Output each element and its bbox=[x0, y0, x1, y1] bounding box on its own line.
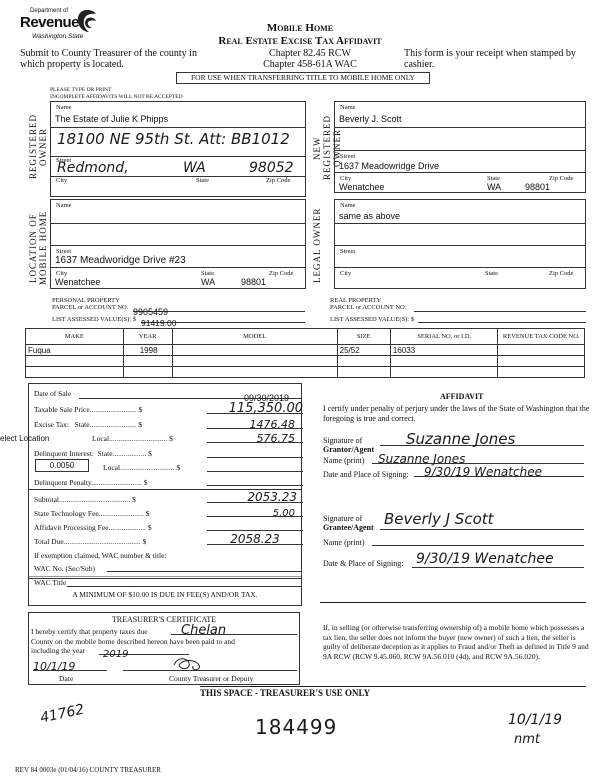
location-street[interactable]: 1637 Meadworidge Drive #23 bbox=[55, 255, 186, 266]
wac-no-field[interactable] bbox=[107, 562, 301, 572]
chapter-references: Chapter 82.45 RCW Chapter 458-61A WAC bbox=[250, 48, 370, 70]
certify-line3: including the year bbox=[31, 646, 85, 655]
col-size: SIZE bbox=[337, 329, 390, 345]
minimum-notice: A MINIMUM OF $10.00 IS DUE IN FEE(S) AND… bbox=[29, 590, 301, 599]
excise-local-label: Local............................... $ bbox=[92, 434, 173, 443]
delinquent-local-label: Local............................. $ bbox=[103, 463, 180, 472]
total-due-label: Total Due...............................… bbox=[34, 537, 146, 546]
taxable-price-label: Taxable Sale Price......................… bbox=[34, 405, 142, 414]
mobile-home-table: MAKE YEAR MODEL SIZE SERIAL NO. or I.D. … bbox=[25, 328, 585, 378]
chapter-wac: Chapter 458-61A WAC bbox=[250, 59, 370, 70]
new-owner-name[interactable]: Beverly J. Scott bbox=[339, 114, 402, 124]
taxable-price-value: 115,350.00 bbox=[229, 401, 303, 416]
delinquent-state-field[interactable] bbox=[207, 445, 303, 458]
legal-owner-street-row: Street bbox=[335, 246, 585, 268]
registered-owner-name-row: Name The Estate of Julie K Phipps bbox=[51, 102, 305, 128]
cell-make[interactable] bbox=[26, 367, 124, 378]
transfer-notice: FOR USE WHEN TRANSFERRING TITLE TO MOBIL… bbox=[176, 72, 430, 84]
registered-owner-box: Name The Estate of Julie K Phipps 18100 … bbox=[50, 101, 306, 197]
real-assessed-label: LIST ASSESSED VALUE(S): $ bbox=[330, 316, 414, 323]
taxable-price-field[interactable]: 115,350.00 bbox=[207, 399, 303, 414]
state-label: State bbox=[201, 270, 214, 277]
treasurer-note-number1: 41762 bbox=[39, 702, 86, 727]
street-label: Street bbox=[56, 248, 71, 255]
cell-make[interactable]: Fuqua bbox=[26, 345, 124, 356]
grantee-signature: Beverly J Scott bbox=[384, 510, 494, 528]
tech-fee-label: State Technology Fee....................… bbox=[34, 509, 149, 518]
wac-title-label: WAC Title bbox=[34, 578, 66, 587]
cell-revenue-code[interactable] bbox=[498, 356, 585, 367]
location-section-label: LOCATION OF MOBILE HOME bbox=[28, 205, 50, 291]
grantee-date-label: Date & Place of Signing: bbox=[323, 559, 403, 568]
personal-account-field[interactable]: 9905459 bbox=[133, 302, 305, 312]
chapter-rcw: Chapter 82.45 RCW bbox=[250, 48, 370, 59]
personal-parcel-label: PARCEL or ACCOUNT NO. bbox=[52, 304, 128, 311]
personal-assessed-label: LIST ASSESSED VALUE(S): $ bbox=[52, 316, 136, 323]
county-field[interactable]: Chelan bbox=[171, 621, 297, 635]
legal-owner-blank-row bbox=[335, 224, 585, 246]
cell-model[interactable] bbox=[172, 367, 337, 378]
grantor-signature-field[interactable]: Suzanne Jones bbox=[380, 430, 584, 446]
col-serial: SERIAL NO. or I.D. bbox=[390, 329, 498, 345]
grantee-date-place: 9/30/19 Wenatchee bbox=[416, 551, 554, 567]
total-due-field[interactable]: 2058.23 bbox=[207, 530, 303, 545]
incomplete-warning: INCOMPLETE AFFIDAVITS WILL NOT BE ACCEPT… bbox=[50, 94, 183, 101]
please-type: PLEASE TYPE OR PRINT bbox=[50, 87, 183, 94]
location-blank-row bbox=[51, 224, 305, 246]
treasurer-label: County Treasurer or Deputy bbox=[169, 674, 253, 683]
grantor-date-place: 9/30/19 Wenatchee bbox=[424, 465, 542, 479]
treasurer-note-initials: nmt bbox=[514, 732, 540, 747]
real-property-label: REAL PROPERTY bbox=[330, 297, 406, 304]
grantor-date-field[interactable]: 9/30/19 Wenatchee bbox=[414, 463, 584, 477]
cell-revenue-code[interactable] bbox=[498, 367, 585, 378]
select-location-dropdown[interactable]: elect Location bbox=[0, 434, 49, 443]
grantee-signature-field[interactable]: Beverly J Scott bbox=[380, 510, 584, 530]
legal-owner-section-label: LEGAL OWNER bbox=[312, 205, 334, 285]
treasurer-note-date: 10/1/19 bbox=[508, 712, 562, 728]
grantor-signature: Suzanne Jones bbox=[406, 430, 515, 448]
new-owner-state[interactable]: WA bbox=[487, 182, 501, 192]
legal-owner-name[interactable]: same as above bbox=[339, 211, 400, 221]
new-owner-street-row: Street 1637 Meadowridge Drive bbox=[335, 151, 585, 173]
subtotal-field[interactable]: 2053.23 bbox=[207, 488, 303, 503]
location-name-row: Name bbox=[51, 200, 305, 224]
grantee-name-field[interactable] bbox=[372, 534, 584, 546]
year-field[interactable]: 2019 bbox=[99, 644, 189, 655]
divider bbox=[320, 602, 586, 603]
certify-line1: I hereby certify that property taxes due bbox=[31, 627, 148, 636]
cell-size[interactable] bbox=[337, 367, 390, 378]
location-street-row: Street 1637 Meadworidge Drive #23 bbox=[51, 246, 305, 268]
cell-revenue-code[interactable] bbox=[498, 345, 585, 356]
excise-local-field[interactable]: 576.75 bbox=[207, 429, 303, 443]
submit-note: Submit to County Treasurer of the county… bbox=[20, 48, 210, 70]
form-footer: REV 84 0003e (01/04/16) COUNTY TREASURER bbox=[15, 766, 161, 774]
table-row: Fuqua 1998 25/52 16033 bbox=[26, 345, 585, 356]
registered-owner-zip[interactable]: 98052 bbox=[249, 160, 294, 176]
registered-owner-state[interactable]: WA bbox=[183, 160, 206, 176]
tech-fee-field[interactable]: 5.00 bbox=[207, 503, 303, 517]
grantee-date-field[interactable]: 9/30/19 Wenatchee bbox=[412, 550, 584, 568]
cell-size[interactable]: 25/52 bbox=[337, 345, 390, 356]
location-city-row: City Wenatchee State WA Zip Code 98801 bbox=[51, 268, 305, 290]
city-label: City bbox=[56, 177, 67, 184]
interest-rate-box[interactable]: 0.0050 bbox=[35, 459, 89, 472]
new-owner-zip[interactable]: 98801 bbox=[525, 182, 550, 192]
new-owner-city[interactable]: Wenatchee bbox=[339, 182, 384, 192]
name-label: Name bbox=[56, 104, 72, 111]
treasurer-note-number2: 184499 bbox=[255, 715, 337, 739]
zip-label: Zip Code bbox=[549, 270, 573, 277]
new-owner-street[interactable]: 1637 Meadowridge Drive bbox=[339, 161, 439, 171]
location-zip[interactable]: 98801 bbox=[241, 277, 266, 287]
new-owner-city-row: City Wenatchee State WA Zip Code 98801 bbox=[335, 173, 585, 194]
cell-make[interactable] bbox=[26, 356, 124, 367]
col-revenue-code: REVENUE TAX CODE NO. bbox=[498, 329, 585, 345]
date-of-sale-field[interactable]: 09/30/2019 bbox=[79, 388, 301, 399]
registered-owner-section-label: REGISTERED OWNER bbox=[28, 102, 50, 192]
grantor-name-field[interactable]: Suzanne Jones bbox=[372, 450, 584, 464]
total-due-value: 2058.23 bbox=[230, 532, 280, 546]
real-parcel-label: PARCEL or ACCOUNT NO. bbox=[330, 304, 406, 311]
wac-title-field[interactable] bbox=[67, 578, 301, 587]
certificate-date-field[interactable]: 10/1/19 bbox=[33, 657, 107, 671]
wac-no-label: WAC No. (Sec/Sub) bbox=[34, 564, 95, 573]
table-header-row: MAKE YEAR MODEL SIZE SERIAL NO. or I.D. … bbox=[26, 329, 585, 345]
grantee-name-label: Name (print) bbox=[323, 538, 365, 547]
date-label: Date bbox=[59, 674, 73, 683]
zip-label: Zip Code bbox=[549, 175, 573, 182]
col-model: MODEL bbox=[172, 329, 337, 345]
personal-assessed-field[interactable]: 91419.00 bbox=[141, 313, 305, 323]
wac-title-box: WAC Title A MINIMUM OF $10.00 IS DUE IN … bbox=[28, 578, 302, 606]
name-label: Name bbox=[340, 104, 356, 111]
personal-property-labels: PERSONAL PROPERTY PARCEL or ACCOUNT NO. bbox=[52, 297, 128, 311]
delinquent-local-field[interactable] bbox=[207, 459, 303, 472]
delinquent-penalty-label: Delinquent Penalty......................… bbox=[34, 478, 147, 487]
excise-local-value: 576.75 bbox=[257, 432, 296, 445]
location-box: Name Street 1637 Meadworidge Drive #23 C… bbox=[50, 199, 306, 289]
registered-owner-street-row: 18100 NE 95th St. Att: BB1012 bbox=[51, 128, 305, 156]
real-property-labels: REAL PROPERTY PARCEL or ACCOUNT NO. bbox=[330, 297, 406, 311]
new-owner-blank-row bbox=[335, 128, 585, 151]
treasurer-certificate-box: TREASURER'S CERTIFICATE I hereby certify… bbox=[28, 612, 300, 685]
real-assessed-field[interactable] bbox=[418, 313, 586, 323]
treasurer-use-label: THIS SPACE - TREASURER'S USE ONLY bbox=[200, 688, 370, 698]
cell-serial[interactable]: 16033 bbox=[390, 345, 498, 356]
name-label: Name bbox=[340, 202, 356, 209]
lien-notice: If, in selling (or otherwise transferrin… bbox=[323, 623, 591, 661]
zip-label: Zip Code bbox=[269, 270, 293, 277]
cell-model[interactable] bbox=[172, 356, 337, 367]
subtotal-label: Subtotal................................… bbox=[34, 495, 136, 504]
registered-owner-street[interactable]: 18100 NE 95th St. Att: BB1012 bbox=[57, 130, 290, 148]
legal-owner-box: Name same as above Street City State Zip… bbox=[334, 199, 586, 289]
exemption-label: If exemption claimed, WAC number & title… bbox=[34, 551, 167, 560]
street-label: Street bbox=[340, 153, 355, 160]
state-label: State bbox=[196, 177, 209, 184]
treasurer-signature-field[interactable] bbox=[123, 655, 297, 671]
grantor-name-label: Name (print) bbox=[323, 456, 365, 465]
processing-fee-label: Affidavit Processing Fee................… bbox=[34, 523, 152, 532]
personal-property-label: PERSONAL PROPERTY bbox=[52, 297, 128, 304]
city-label: City bbox=[340, 270, 351, 277]
city-label: City bbox=[340, 175, 351, 182]
registered-owner-name[interactable]: The Estate of Julie K Phipps bbox=[55, 114, 168, 124]
form-title-line1: Mobile Home bbox=[0, 22, 600, 34]
cell-year[interactable] bbox=[123, 367, 172, 378]
location-state[interactable]: WA bbox=[201, 277, 215, 287]
state-label: State bbox=[485, 270, 498, 277]
excise-state-field[interactable]: 1476.48 bbox=[207, 415, 303, 429]
cell-year[interactable] bbox=[123, 356, 172, 367]
cell-serial[interactable] bbox=[390, 356, 498, 367]
state-label: State bbox=[487, 175, 500, 182]
certificate-date-value: 10/1/19 bbox=[33, 660, 75, 673]
county-value: Chelan bbox=[181, 623, 226, 638]
affidavit-text: I certify under penalty of perjury under… bbox=[323, 404, 598, 424]
col-make: MAKE bbox=[26, 329, 124, 345]
new-registered-owner-box: Name Beverly J. Scott Street 1637 Meadow… bbox=[334, 101, 586, 193]
delinquent-state-label: Delinquent Interest: State..............… bbox=[34, 449, 152, 458]
treasurer-signature-scribble bbox=[169, 655, 209, 673]
col-year: YEAR bbox=[123, 329, 172, 345]
cell-model[interactable] bbox=[172, 345, 337, 356]
cell-size[interactable] bbox=[337, 356, 390, 367]
registered-owner-city[interactable]: Redmond, bbox=[57, 160, 129, 176]
legal-owner-city-row: City State Zip Code bbox=[335, 268, 585, 290]
name-label: Name bbox=[56, 202, 72, 209]
grantor-date-label: Date and Place of Signing: bbox=[323, 470, 409, 479]
instructions: PLEASE TYPE OR PRINT INCOMPLETE AFFIDAVI… bbox=[50, 87, 183, 101]
street-label: Street bbox=[340, 248, 355, 255]
receipt-note: This form is your receipt when stamped b… bbox=[404, 48, 584, 70]
excise-state-label: Excise Tax: State.......................… bbox=[34, 420, 142, 429]
delinquent-penalty-field[interactable] bbox=[207, 473, 303, 486]
treasurer-use-divider bbox=[200, 686, 586, 687]
form-title-line2: Real Estate Excise Tax Affidavit bbox=[0, 35, 600, 47]
table-row bbox=[26, 367, 585, 378]
cell-year[interactable]: 1998 bbox=[123, 345, 172, 356]
location-city[interactable]: Wenatchee bbox=[55, 277, 100, 287]
personal-assessed-value: 91419.00 bbox=[141, 318, 176, 328]
city-label: City bbox=[56, 270, 67, 277]
grantor-signature-label: Signature of Grantor/Agent bbox=[323, 436, 374, 454]
affidavit-title: AFFIDAVIT bbox=[440, 392, 483, 401]
new-registered-owner-section-label: NEW REGISTERED OWNER bbox=[312, 104, 334, 192]
date-of-sale-label: Date of Sale bbox=[34, 389, 71, 398]
cell-serial[interactable] bbox=[390, 367, 498, 378]
new-owner-name-row: Name Beverly J. Scott bbox=[335, 102, 585, 128]
subtotal-value: 2053.23 bbox=[247, 490, 297, 504]
table-row bbox=[26, 356, 585, 367]
real-account-field[interactable] bbox=[414, 302, 586, 312]
zip-label: Zip Code bbox=[266, 177, 290, 184]
legal-owner-name-row: Name same as above bbox=[335, 200, 585, 224]
grantee-signature-label: Signature of Grantee/Agent bbox=[323, 514, 374, 532]
tax-calculation-box: Date of Sale 09/30/2019 Taxable Sale Pri… bbox=[28, 383, 302, 579]
